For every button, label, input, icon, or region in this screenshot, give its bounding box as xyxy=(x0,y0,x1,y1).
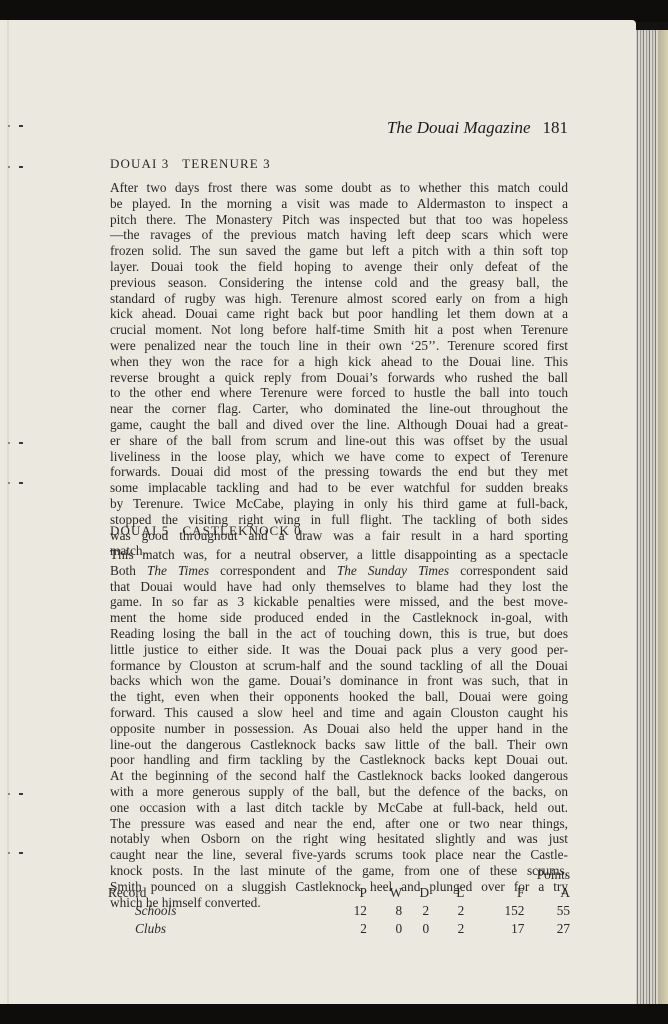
text-line: by Terenure. Twice McCabe, playing in on… xyxy=(110,496,568,512)
column-header: L xyxy=(429,884,464,902)
text-line: opposite number in possession. As Douai … xyxy=(110,721,568,737)
text-line: game, caught the ball and dived over the… xyxy=(110,417,568,433)
running-head: The Douai Magazine181 xyxy=(108,118,568,138)
page-number: 181 xyxy=(543,118,569,137)
publication-title: The Sunday Times xyxy=(337,563,449,578)
text-line: kick ahead. Douai came right back but po… xyxy=(110,306,568,322)
text-line: with a more generous supply of the ball,… xyxy=(110,784,568,800)
row-label: Schools xyxy=(108,902,315,920)
text-line: layer. Douai took the field hoping to av… xyxy=(110,259,568,275)
cell-won: 8 xyxy=(367,902,402,920)
binding-mark xyxy=(19,793,23,795)
book-cover-edge xyxy=(658,30,668,1005)
binding-mark xyxy=(19,852,23,854)
text-line: notably when Osborn on the right wing he… xyxy=(110,831,568,847)
match-report-castleknock: This match was, for a neutral observer, … xyxy=(110,547,568,910)
record-points-header-row: Points xyxy=(108,866,570,884)
publication-title: The Times xyxy=(147,563,209,578)
record-row-clubs: Clubs 2 0 0 2 17 27 xyxy=(108,920,570,938)
scan-background-bottom xyxy=(0,1004,668,1024)
text-line: pitch there. The Monastery Pitch was ins… xyxy=(110,212,568,228)
match-heading-castleknock: DOUAI 5 CASTLEKNOCK 0 xyxy=(110,523,302,539)
column-header: W xyxy=(367,884,402,902)
text-line: line-out the dangerous Castleknock backs… xyxy=(110,737,568,753)
magazine-title: The Douai Magazine xyxy=(387,118,531,137)
text-line: backs which won the game. Douai’s domina… xyxy=(110,673,568,689)
text-line: caught near the line, several five-yards… xyxy=(110,847,568,863)
book-page-edges xyxy=(632,30,668,1005)
text-line: ment the home side produced ended in the… xyxy=(110,610,568,626)
column-header: A xyxy=(524,884,570,902)
text-line: This match was, for a neutral observer, … xyxy=(110,547,568,563)
text-line: The pressure was eased and near the end,… xyxy=(110,816,568,832)
binding-mark xyxy=(19,482,23,484)
cell-drawn: 2 xyxy=(402,902,429,920)
cell-points-for: 152 xyxy=(464,902,524,920)
text-line: were penalized near the touch line in th… xyxy=(110,338,568,354)
text-line: some implacable tackling and had to be e… xyxy=(110,480,568,496)
text-line: one occasion with a last ditch tackle by… xyxy=(110,800,568,816)
text-line: be played. In the morning a visit was ma… xyxy=(110,196,568,212)
text-line: er share of the ball from scrum and line… xyxy=(110,433,568,449)
text-line: previous season. Considering the intense… xyxy=(110,275,568,291)
binding-mark xyxy=(8,442,10,444)
binding-mark xyxy=(19,166,23,168)
cell-played: 2 xyxy=(315,920,367,938)
record-row-schools: Schools 12 8 2 2 152 55 xyxy=(108,902,570,920)
text-line: After two days frost there was some doub… xyxy=(110,180,568,196)
text-line: the tight, even when their opponents hoo… xyxy=(110,689,568,705)
points-label: Points xyxy=(524,866,570,884)
binding-mark xyxy=(8,166,10,168)
binding-mark xyxy=(8,793,10,795)
text-line: reverse brought a quick reply from Douai… xyxy=(110,370,568,386)
row-label: Clubs xyxy=(108,920,315,938)
text-line: crucial moment. Not long before half-tim… xyxy=(110,322,568,338)
column-header: D xyxy=(402,884,429,902)
text-line: frozen solid. The sun saved the game but… xyxy=(110,243,568,259)
binding-mark xyxy=(19,125,23,127)
text-line: poor handling and firm tackling by the C… xyxy=(110,752,568,768)
binding-mark xyxy=(8,482,10,484)
text-line: formance by Clouston at scrum-half and t… xyxy=(110,658,568,674)
text-line: —the ravages of the previous match havin… xyxy=(110,227,568,243)
cell-points-against: 55 xyxy=(524,902,570,920)
text-line: when they won the race for a high kick a… xyxy=(110,354,568,370)
text-line: game. In so far as 3 kickable penalties … xyxy=(110,594,568,610)
cell-drawn: 0 xyxy=(402,920,429,938)
column-header: F xyxy=(464,884,524,902)
scan-background-top xyxy=(0,0,668,22)
cell-points-for: 17 xyxy=(464,920,524,938)
cell-played: 12 xyxy=(315,902,367,920)
text-line: that Douai would have had only themselve… xyxy=(110,579,568,595)
cell-lost: 2 xyxy=(429,920,464,938)
binding-mark xyxy=(8,125,10,127)
text-line: Both The Times correspondent and The Sun… xyxy=(110,563,568,579)
cell-won: 0 xyxy=(367,920,402,938)
text-line: forwards. Douai did most of the pressing… xyxy=(110,464,568,480)
cell-lost: 2 xyxy=(429,902,464,920)
text-line: Reading losing the ball in the act of to… xyxy=(110,626,568,642)
record-label: Record xyxy=(108,884,315,902)
text-line: near the corner flag. Carter, who domina… xyxy=(110,401,568,417)
text-line: to the other end where Terenure were for… xyxy=(110,385,568,401)
text-line: forward. This caused a slow heel and tim… xyxy=(110,705,568,721)
binding-mark xyxy=(8,852,10,854)
match-heading-terenure: DOUAI 3 TERENURE 3 xyxy=(110,156,271,172)
cell-points-against: 27 xyxy=(524,920,570,938)
text-line: At the beginning of the second half the … xyxy=(110,768,568,784)
match-report-terenure: After two days frost there was some doub… xyxy=(110,180,568,559)
text-line: standard of rugby was high. Terenure alm… xyxy=(110,291,568,307)
season-record-table: Points Record P W D L F A Schools 12 8 2… xyxy=(108,866,570,938)
record-column-header-row: Record P W D L F A xyxy=(108,884,570,902)
binding-mark xyxy=(19,442,23,444)
text-line: little justice to either side. It was th… xyxy=(110,642,568,658)
column-header: P xyxy=(315,884,367,902)
text-line: liveliness in the loose play, which we h… xyxy=(110,449,568,465)
